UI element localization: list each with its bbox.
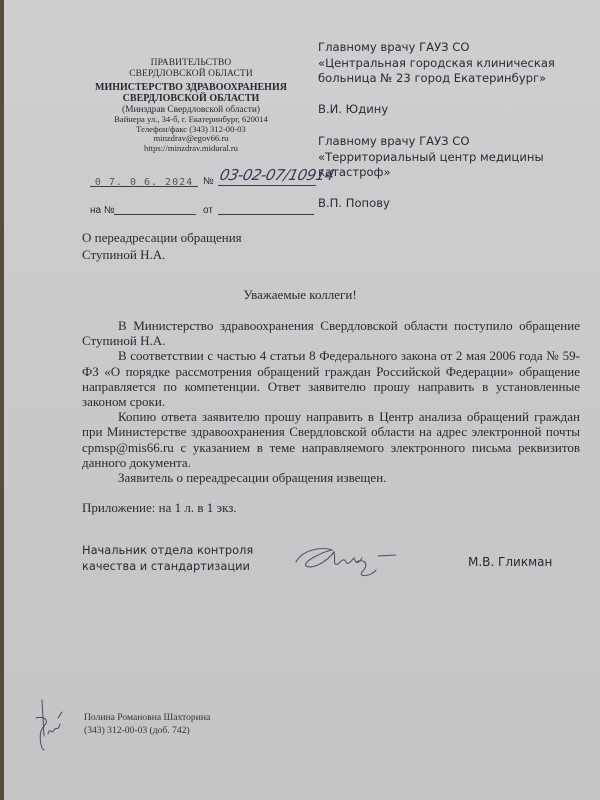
addressee-2-name: В.П. Попову (318, 196, 598, 212)
government-line-1: ПРАВИТЕЛЬСТВО (86, 58, 296, 69)
addressee-1-org-line-2: больница № 23 город Екатеринбург» (318, 71, 598, 87)
body-paragraph-1: В Министерство здравоохранения Свердловс… (82, 318, 580, 348)
body-paragraph-3: Копию ответа заявителю прошу направить в… (82, 409, 580, 470)
addressee-1: Главному врачу ГАУЗ СО «Центральная горо… (318, 40, 598, 117)
addressee-1-org-line-1: «Центральная городская клиническая (318, 56, 598, 72)
addressee-2: Главному врачу ГАУЗ СО «Территориальный … (318, 134, 598, 211)
addressee-1-name: В.И. Юдину (318, 102, 598, 118)
ministry-line-2: СВЕРДЛОВСКОЙ ОБЛАСТИ (86, 93, 296, 104)
ref-number-label: на № (90, 205, 115, 216)
date-field: 0 7. 0 6. 2024 (90, 172, 198, 187)
signatory-title: Начальник отдела контроля качества и ста… (82, 543, 253, 575)
body-paragraph-4: Заявитель о переадресации обращения изве… (82, 470, 580, 485)
executor-info: Полина Романовна Шахторина (343) 312-00-… (84, 712, 210, 738)
handwritten-signature-icon (292, 538, 402, 584)
addressee-2-position: Главному врачу ГАУЗ СО (318, 134, 598, 150)
greeting: Уважаемые коллеги! (0, 287, 600, 303)
signatory-title-line-1: Начальник отдела контроля (82, 543, 253, 559)
body-paragraph-2: В соответствии с частью 4 статьи 8 Федер… (82, 348, 580, 409)
signatory-name: М.В. Гликман (468, 555, 552, 569)
executor-phone: (343) 312-00-03 (доб. 742) (84, 725, 210, 738)
subject: О переадресации обращения Ступиной Н.А. (82, 230, 242, 264)
ministry-line-1: МИНИСТЕРСТВО ЗДРАВООХРАНЕНИЯ (86, 82, 296, 93)
attachment-note: Приложение: на 1 л. в 1 экз. (82, 500, 237, 516)
subject-line-1: О переадресации обращения (82, 230, 242, 247)
ministry-website: https://minzdrav.midural.ru (86, 144, 296, 154)
ref-number-field (114, 200, 196, 215)
executor-name: Полина Романовна Шахторина (84, 712, 210, 725)
executor-initials-icon (30, 696, 70, 756)
number-label: № (203, 176, 214, 187)
registration-number: 03-02-07/10914 (218, 166, 336, 184)
number-field: 03-02-07/10914 (218, 166, 316, 186)
signatory-title-line-2: качества и стандартизации (82, 559, 253, 575)
addressee-2-org-line-2: катастроф» (318, 165, 598, 181)
registration-date: 0 7. 0 6. 2024 (95, 177, 193, 188)
addressee-1-position: Главному врачу ГАУЗ СО (318, 40, 598, 56)
letter-body: В Министерство здравоохранения Свердловс… (82, 318, 580, 485)
addressee-2-org-line-1: «Территориальный центр медицины (318, 150, 598, 166)
letterhead: ПРАВИТЕЛЬСТВО СВЕРДЛОВСКОЙ ОБЛАСТИ МИНИС… (86, 58, 296, 154)
ref-date-label: от (203, 205, 213, 216)
ref-date-field (218, 200, 314, 215)
subject-line-2: Ступиной Н.А. (82, 247, 242, 264)
government-line-2: СВЕРДЛОВСКОЙ ОБЛАСТИ (86, 69, 296, 80)
